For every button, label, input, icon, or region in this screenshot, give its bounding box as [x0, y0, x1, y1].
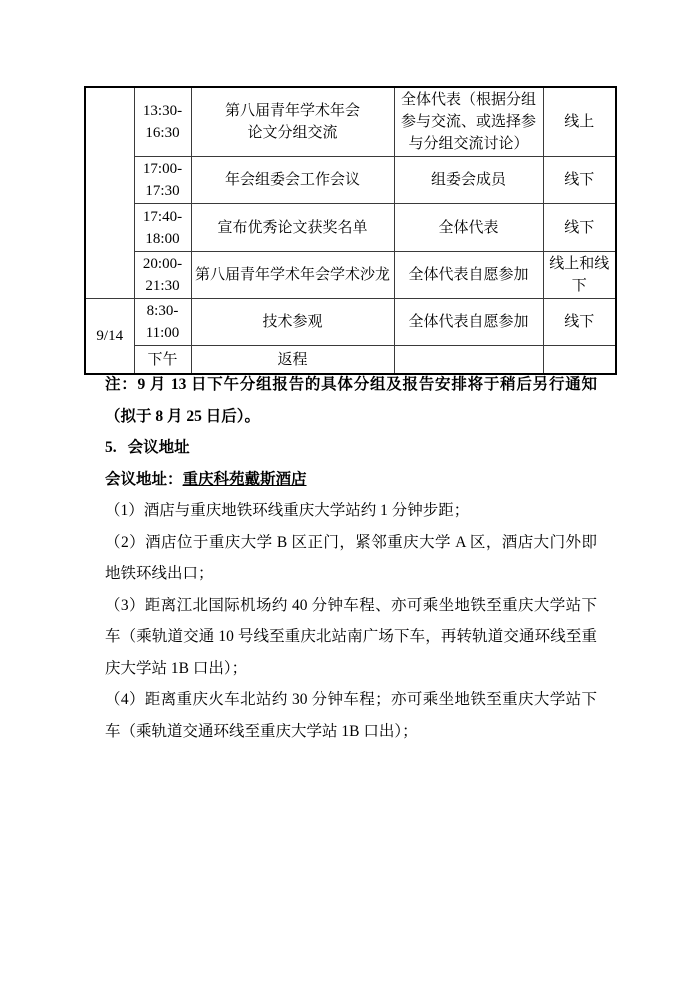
cell-mode: 线上和线下	[543, 252, 616, 299]
cell-mode: 线下	[543, 157, 616, 204]
document-page: 13:30- 16:30 第八届青年学术年会 论文分组交流 全体代表（根据分组参…	[0, 0, 700, 990]
time-line: 18:00	[137, 228, 189, 250]
address-item-2: （2）酒店位于重庆大学 B 区正门，紧邻重庆大学 A 区，酒店大门外即地铁环线出…	[105, 527, 597, 590]
event-line: 第八届青年学术年会	[194, 100, 392, 122]
cell-mode: 线下	[543, 299, 616, 346]
cell-participants: 全体代表自愿参加	[394, 299, 543, 346]
section-title: 会议地址	[128, 439, 190, 456]
address-item-3: （3）距离江北国际机场约 40 分钟车程、亦可乘坐地铁至重庆大学站下车（乘轨道交…	[105, 590, 597, 685]
cell-event: 宣布优秀论文获奖名单	[191, 204, 394, 252]
cell-participants: 组委会成员	[394, 157, 543, 204]
hotel-name: 重庆科苑戴斯酒店	[183, 471, 307, 488]
cell-participants: 全体代表自愿参加	[394, 252, 543, 299]
address-label: 会议地址：	[105, 471, 183, 488]
table-row: 17:40- 18:00 宣布优秀论文获奖名单 全体代表 线下	[85, 204, 616, 252]
cell-time: 20:00- 21:30	[134, 252, 191, 299]
cell-date	[85, 87, 134, 299]
section-heading: 5.会议地址	[105, 432, 597, 464]
section-number: 5.	[105, 432, 117, 464]
time-line: 16:30	[137, 122, 189, 144]
cell-event: 技术参观	[191, 299, 394, 346]
address-line: 会议地址：重庆科苑戴斯酒店	[105, 464, 597, 496]
time-line: 8:30-	[137, 300, 189, 322]
address-item-1: （1）酒店与重庆地铁环线重庆大学站约 1 分钟步距；	[105, 495, 597, 527]
schedule-table: 13:30- 16:30 第八届青年学术年会 论文分组交流 全体代表（根据分组参…	[84, 86, 617, 375]
cell-time: 17:00- 17:30	[134, 157, 191, 204]
time-line: 20:00-	[137, 253, 189, 275]
cell-date: 9/14	[85, 299, 134, 375]
time-line: 17:00-	[137, 158, 189, 180]
cell-event: 年会组委会工作会议	[191, 157, 394, 204]
event-line: 论文分组交流	[194, 122, 392, 144]
time-line: 13:30-	[137, 100, 189, 122]
time-line: 11:00	[137, 322, 189, 344]
cell-time: 17:40- 18:00	[134, 204, 191, 252]
table-row: 20:00- 21:30 第八届青年学术年会学术沙龙 全体代表自愿参加 线上和线…	[85, 252, 616, 299]
cell-mode: 线下	[543, 204, 616, 252]
cell-event: 第八届青年学术年会学术沙龙	[191, 252, 394, 299]
time-line: 17:40-	[137, 206, 189, 228]
address-item-4: （4）距离重庆火车北站约 30 分钟车程；亦可乘坐地铁至重庆大学站下车（乘轨道交…	[105, 684, 597, 747]
cell-mode: 线上	[543, 87, 616, 157]
table-row: 13:30- 16:30 第八届青年学术年会 论文分组交流 全体代表（根据分组参…	[85, 87, 616, 157]
time-line: 17:30	[137, 180, 189, 202]
cell-event: 第八届青年学术年会 论文分组交流	[191, 87, 394, 157]
table-row: 17:00- 17:30 年会组委会工作会议 组委会成员 线下	[85, 157, 616, 204]
cell-time: 13:30- 16:30	[134, 87, 191, 157]
note-text: 注：9 月 13 日下午分组报告的具体分组及报告安排将于稍后另行通知（拟于 8 …	[105, 369, 597, 432]
table-row: 9/14 8:30- 11:00 技术参观 全体代表自愿参加 线下	[85, 299, 616, 346]
cell-time: 8:30- 11:00	[134, 299, 191, 346]
time-line: 21:30	[137, 275, 189, 297]
cell-participants: 全体代表	[394, 204, 543, 252]
cell-participants: 全体代表（根据分组参与交流、或选择参与分组交流讨论）	[394, 87, 543, 157]
body-text: 注：9 月 13 日下午分组报告的具体分组及报告安排将于稍后另行通知（拟于 8 …	[105, 369, 597, 747]
